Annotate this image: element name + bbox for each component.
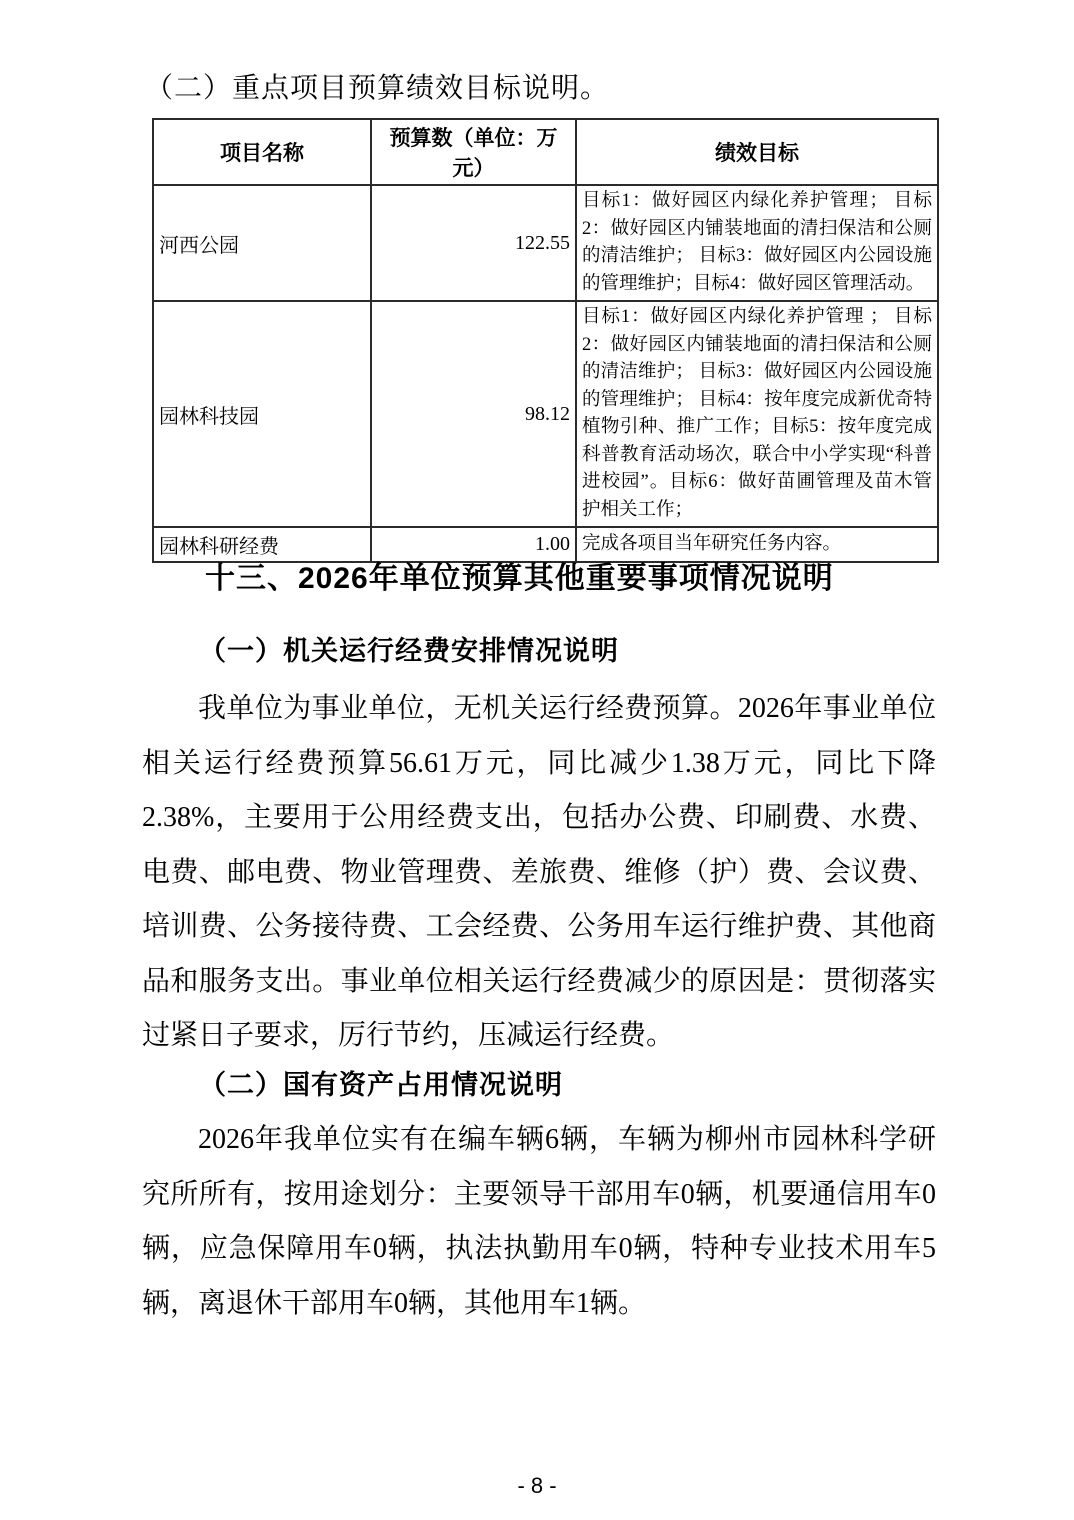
project-name-cell: 河西公园 <box>153 185 371 301</box>
column-header-budget: 预算数（单位：万元） <box>371 119 576 185</box>
operating-expense-paragraph: 我单位为事业单位，无机关运行经费预算。2026年事业单位相关运行经费预算56.6… <box>142 682 936 1064</box>
page-number: - 8 - <box>0 1473 1074 1499</box>
budget-cell: 122.55 <box>371 185 576 301</box>
document-page: （二）重点项目预算绩效目标说明。 项目名称 预算数（单位：万元） 绩效目标 河西… <box>0 0 1074 1520</box>
performance-target-cell: 目标1：做好园区内绿化养护管理； 目标2：做好园区内铺装地面的清扫保洁和公厕的清… <box>576 185 938 301</box>
state-asset-paragraph: 2026年我单位实有在编车辆6辆，车辆为柳州市园林科学研究所所有，按用途划分：主… <box>142 1113 936 1331</box>
subsection-1-heading: （一）机关运行经费安排情况说明 <box>145 629 945 668</box>
column-header-project-name: 项目名称 <box>153 119 371 185</box>
table-row: 河西公园 122.55 目标1：做好园区内绿化养护管理； 目标2：做好园区内铺装… <box>153 185 938 301</box>
performance-target-cell: 目标1：做好园区内绿化养护管理 ； 目标2：做好园区内铺装地面的清扫保洁和公厕的… <box>576 301 938 527</box>
section-13-heading: 十三、2026年单位预算其他重要事项情况说明 <box>145 553 945 597</box>
note-heading: （二）重点项目预算绩效目标说明。 <box>145 66 945 106</box>
table-row: 园林科技园 98.12 目标1：做好园区内绿化养护管理 ； 目标2：做好园区内铺… <box>153 301 938 527</box>
subsection-2-heading: （二）国有资产占用情况说明 <box>145 1063 945 1102</box>
table-header-row: 项目名称 预算数（单位：万元） 绩效目标 <box>153 119 938 185</box>
budget-performance-table: 项目名称 预算数（单位：万元） 绩效目标 河西公园 122.55 目标1：做好园… <box>152 118 939 563</box>
column-header-performance-target: 绩效目标 <box>576 119 938 185</box>
budget-cell: 98.12 <box>371 301 576 527</box>
project-name-cell: 园林科技园 <box>153 301 371 527</box>
